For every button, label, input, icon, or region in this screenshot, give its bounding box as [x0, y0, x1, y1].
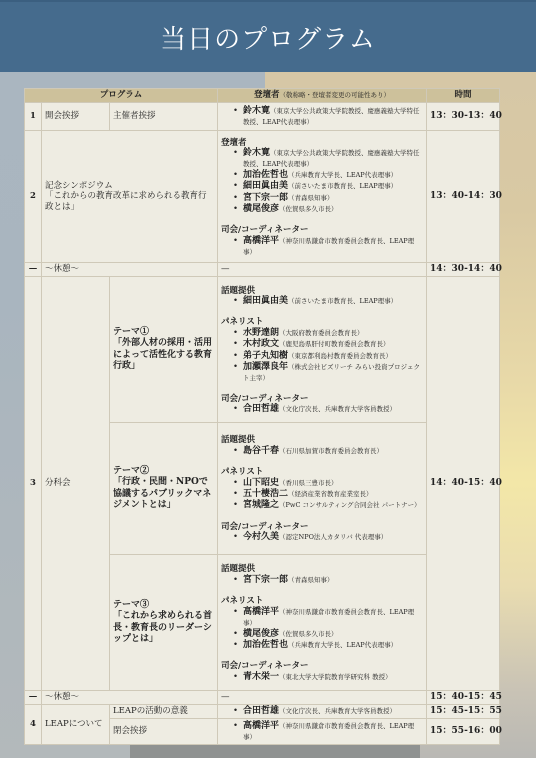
program-table: プログラム 登壇者（敬称略・登壇者変更の可能性あり） 時間 1 開会挨拶 主催者… [24, 88, 500, 745]
time-cell: 13：40-14：30 [427, 131, 500, 263]
col-header-program: プログラム [25, 89, 218, 103]
speaker-cell: 鈴木寛（東京大学公共政策大学院教授、慶應義塾大学特任教授、LEAP代表理事） [218, 103, 427, 131]
break-label: ～休憩～ [42, 263, 218, 277]
time-cell: 15：40-15：45 [427, 691, 500, 705]
speaker-cell: 話題提供 宮下宗一郎（青森県知事） パネリスト 高橋洋平（神奈川県鎌倉市教育委員… [218, 555, 427, 691]
speaker-cell: 登壇者 鈴木寛（東京大学公共政策大学院教授、慶應義塾大学特任教授、LEAP代表理… [218, 131, 427, 263]
page-title: 当日のプログラム [160, 19, 376, 56]
time-cell: 13：30-13：40 [427, 103, 500, 131]
col-header-time: 時間 [427, 89, 500, 103]
theme-cell: テーマ① 「外部人材の採用・活用によって活性化する教育行政」 [110, 277, 218, 423]
speaker-cell: 高橋洋平（神奈川県鎌倉市教育委員会教育長、LEAP理事） [218, 719, 427, 745]
theme-cell: テーマ③ 「これから求められる首長・教育長のリーダーシップとは」 [110, 555, 218, 691]
speaker-cell: 合田哲雄（文化庁次長、兵庫教育大学客員教授） [218, 705, 427, 719]
program-sub: LEAPの活動の意義 [110, 705, 218, 719]
theme-cell: テーマ② 「行政・民間・NPOで協議するパブリックマネジメントとは」 [110, 423, 218, 555]
table-header-row: プログラム 登壇者（敬称略・登壇者変更の可能性あり） 時間 [25, 89, 500, 103]
row-number: 2 [25, 131, 42, 263]
table-row: 1 開会挨拶 主催者挨拶 鈴木寛（東京大学公共政策大学院教授、慶應義塾大学特任教… [25, 103, 500, 131]
break-label: ～休憩～ [42, 691, 218, 705]
row-number: 3 [25, 277, 42, 691]
table-row: 3 分科会 テーマ① 「外部人材の採用・活用によって活性化する教育行政」 話題提… [25, 277, 500, 423]
col-header-speakers: 登壇者（敬称略・登壇者変更の可能性あり） [218, 89, 427, 103]
row-number: 4 [25, 705, 42, 745]
table-row: 2 記念シンポジウム 「これからの教育改革に求められる教育行政とは」 登壇者 鈴… [25, 131, 500, 263]
program-name: 記念シンポジウム 「これからの教育改革に求められる教育行政とは」 [42, 131, 218, 263]
speaker-cell: 話題提供 細田眞由美（前さいたま市教育長、LEAP理事） パネリスト 水野達朗（… [218, 277, 427, 423]
program-name: 分科会 [42, 277, 110, 691]
program-sub: 主催者挨拶 [110, 103, 218, 131]
time-cell: 15：45-15：55 [427, 705, 500, 719]
program-name: 開会挨拶 [42, 103, 110, 131]
program-name: LEAPについて [42, 705, 110, 745]
speaker-cell: 話題提供 島谷千春（石川県加賀市教育委員会教育長） パネリスト 山下昭史（香川県… [218, 423, 427, 555]
page-header: 当日のプログラム [0, 0, 536, 72]
table-row: 4 LEAPについて LEAPの活動の意義 合田哲雄（文化庁次長、兵庫教育大学客… [25, 705, 500, 719]
time-cell: 14：40-15：40 [427, 277, 500, 691]
time-cell: 14：30-14：40 [427, 263, 500, 277]
row-number: 1 [25, 103, 42, 131]
time-cell: 15：55-16：00 [427, 719, 500, 745]
break-row: — ～休憩～ — 15：40-15：45 [25, 691, 500, 705]
break-row: — ～休憩～ — 14：30-14：40 [25, 263, 500, 277]
program-sub: 閉会挨拶 [110, 719, 218, 745]
